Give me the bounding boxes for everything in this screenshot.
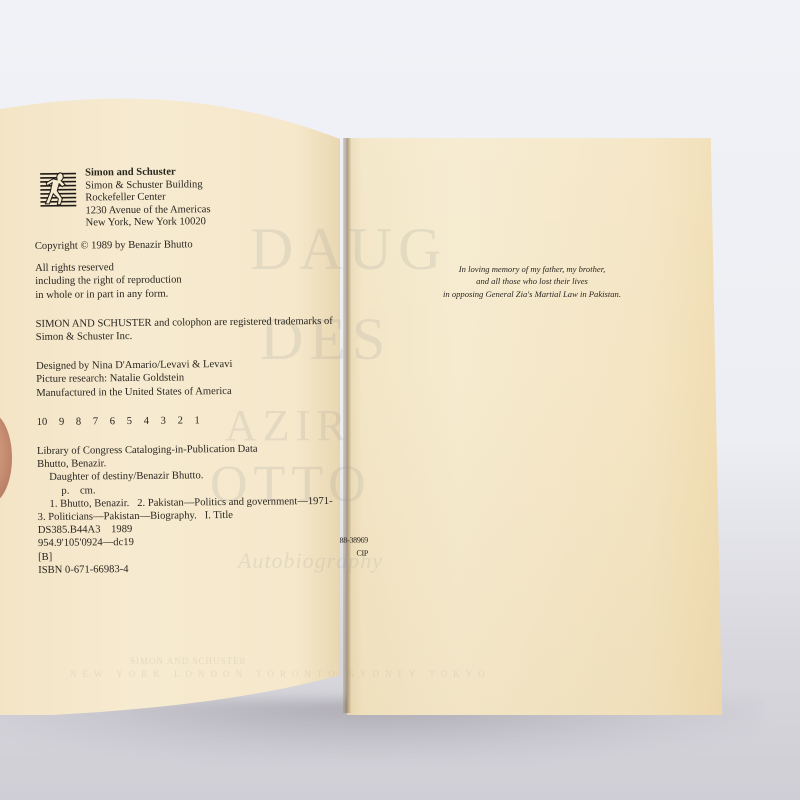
- publisher-block: Simon and Schuster Simon & Schuster Buil…: [40, 165, 355, 231]
- dedication-line: and all those who lost their lives: [382, 275, 682, 287]
- printing-number: 3: [161, 415, 166, 426]
- dedication-line: in opposing General Zia's Martial Law in…: [382, 288, 682, 300]
- cip-lccn: 88-38969: [340, 534, 368, 547]
- printing-number: 9: [59, 416, 64, 427]
- dedication-line: In loving memory of my father, my brothe…: [382, 263, 682, 275]
- printing-number: 8: [76, 416, 81, 427]
- cip-lccn-block: 88-38969 CIP: [340, 534, 369, 560]
- address-line: New York, New York 10020: [86, 217, 211, 231]
- sower-colophon-icon: [40, 171, 76, 207]
- dedication: In loving memory of my father, my brothe…: [382, 263, 682, 300]
- address-line: Simon & Schuster Building: [85, 179, 210, 193]
- right-page: [347, 138, 722, 715]
- printing-number: 1: [194, 415, 199, 426]
- printing-number: 2: [178, 415, 183, 426]
- printing-number: 7: [93, 416, 98, 427]
- printing-number: 6: [110, 416, 115, 427]
- printing-number: 5: [127, 416, 132, 427]
- cip-class-row: DS385.B44A3 1989 954.9'105'0924—dc19 88-…: [38, 521, 359, 577]
- copyright-page-text: Simon and Schuster Simon & Schuster Buil…: [34, 165, 358, 577]
- printing-number: 4: [144, 416, 149, 427]
- photo-scene: DAUG DES AZIR OTTO Autobiography SIMON A…: [0, 0, 800, 800]
- cip-label: CIP: [340, 547, 368, 560]
- publisher-address: Simon and Schuster Simon & Schuster Buil…: [85, 166, 211, 230]
- printing-number: 10: [37, 417, 48, 428]
